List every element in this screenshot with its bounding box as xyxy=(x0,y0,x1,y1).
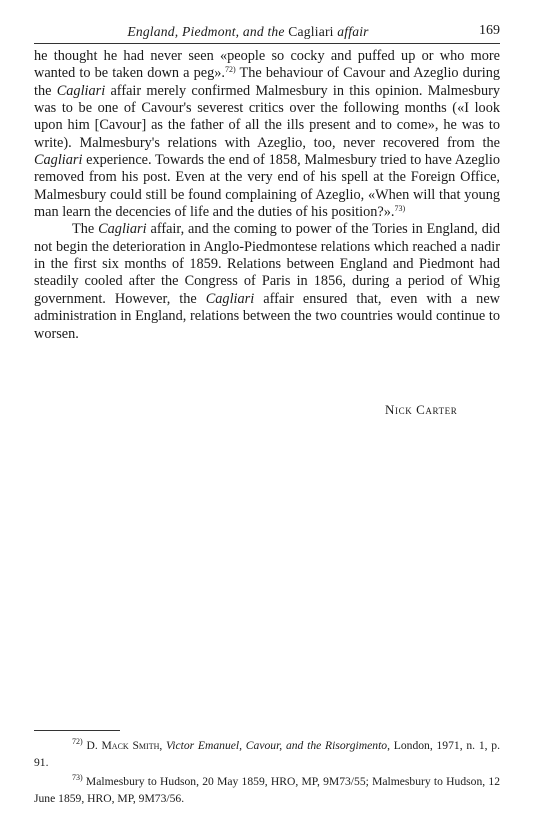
text-run: The xyxy=(72,221,98,237)
footnote-text: Malmesbury to Hudson, 20 May 1859, HRO, … xyxy=(34,775,500,805)
footnote-marker: 72) xyxy=(72,737,83,746)
italic-cagliari: Cagliari xyxy=(206,291,254,307)
running-header: England, Piedmont, and the Cagliari affa… xyxy=(34,22,500,42)
italic-cagliari: Cagliari xyxy=(98,221,146,237)
footnote-72: 72) D. Mack Smith, Victor Emanuel, Cavou… xyxy=(34,737,500,771)
footnote-ref-73[interactable]: 73) xyxy=(395,204,406,213)
running-title: England, Piedmont, and the Cagliari affa… xyxy=(34,24,462,40)
footnote-ref-72[interactable]: 72) xyxy=(225,65,236,74)
footnote-book-title: Victor Emanuel, Cavour, and the Risorgim… xyxy=(166,739,387,752)
running-title-part1: England, Piedmont, and the xyxy=(127,24,288,39)
footnotes: 72) D. Mack Smith, Victor Emanuel, Cavou… xyxy=(34,737,500,809)
header-rule xyxy=(34,43,500,44)
footnote-rule xyxy=(34,730,120,731)
italic-cagliari: Cagliari xyxy=(34,152,82,168)
running-title-part2: affair xyxy=(334,24,369,39)
page-number: 169 xyxy=(479,23,500,39)
italic-cagliari: Cagliari xyxy=(57,83,105,99)
running-title-cagliari: Cagliari xyxy=(288,24,333,39)
footnote-marker: 73) xyxy=(72,773,83,782)
body-text: he thought he had never seen «people so … xyxy=(34,48,500,343)
author-signature: Nick Carter xyxy=(385,402,457,418)
paragraph-1: he thought he had never seen «people so … xyxy=(34,48,500,221)
paragraph-2: The Cagliari affair, and the coming to p… xyxy=(34,221,500,342)
footnote-73: 73) Malmesbury to Hudson, 20 May 1859, H… xyxy=(34,773,500,807)
text-run: experience. Towards the end of 1858, Mal… xyxy=(34,152,500,220)
footnote-author: D. Mack Smith xyxy=(86,739,159,752)
